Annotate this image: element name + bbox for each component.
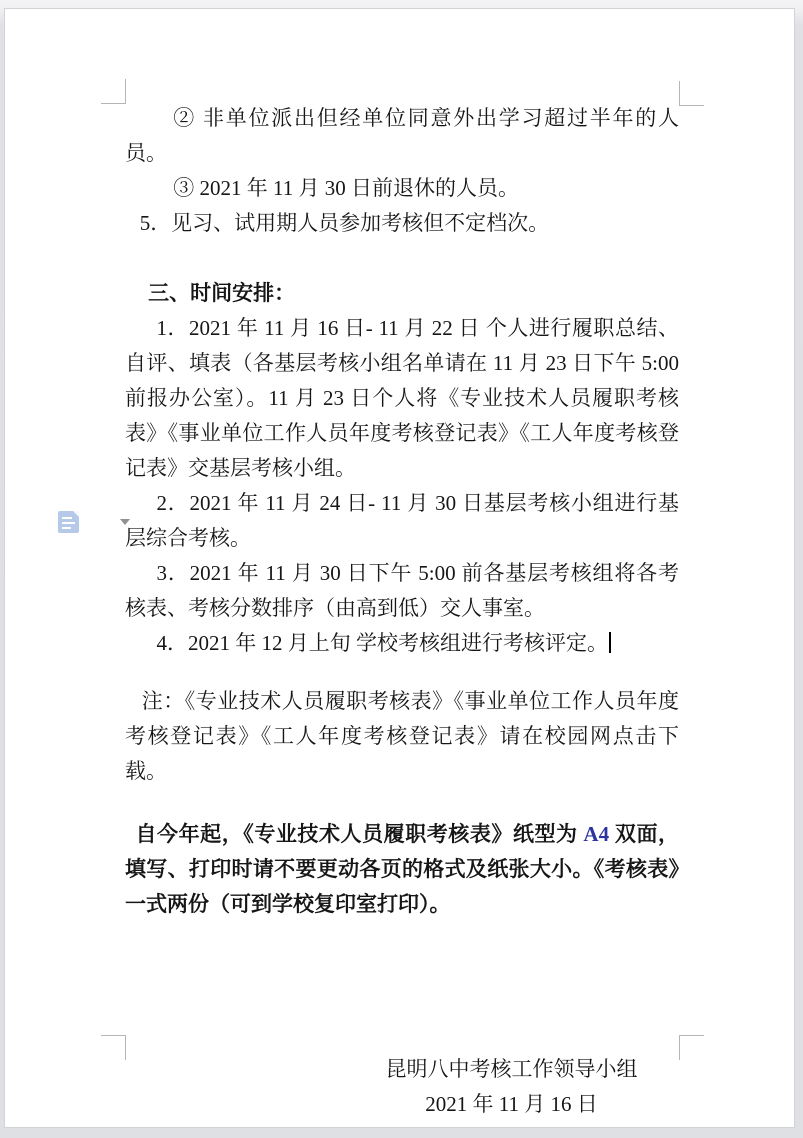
print-notice-before: 自今年起，《专业技术人员履职考核表》纸型为 [136, 822, 584, 846]
document-page[interactable]: ② 非单位派出但经单位同意外出学习超过半年的人员。 ③ 2021 年 11 月 … [4, 8, 795, 1128]
a4-paper-size-text: A4 [583, 822, 609, 846]
paragraph-note-download[interactable]: 注：《专业技术人员履职考核表》《事业单位工作人员年度考核登记表》《工人年度考核登… [125, 684, 679, 789]
paragraph-print-notice[interactable]: 自今年起，《专业技术人员履职考核表》纸型为 A4 双面，填写、打印时请不要更动各… [125, 817, 679, 922]
margin-crop-mark-bottom-left [101, 1035, 126, 1060]
margin-crop-mark-bottom-right [679, 1035, 704, 1060]
paragraph-exempt-circle3[interactable]: ③ 2021 年 11 月 30 日前退休的人员。 [125, 171, 679, 206]
paragraph-schedule-4-text: 4．2021 年 12 月上旬 学校考核组进行考核评定。 [157, 631, 609, 655]
margin-crop-mark-top-right [679, 81, 704, 106]
section-heading-schedule[interactable]: 三、时间安排： [125, 276, 679, 311]
signature-org[interactable]: 昆明八中考核工作领导小组 [354, 1052, 669, 1087]
margin-crop-mark-top-left [101, 79, 126, 104]
signature-block: 昆明八中考核工作领导小组 2021 年 11 月 16 日 [354, 1052, 669, 1122]
paragraph-schedule-4[interactable]: 4．2021 年 12 月上旬 学校考核组进行考核评定。 [125, 626, 679, 661]
signature-date[interactable]: 2021 年 11 月 16 日 [354, 1087, 669, 1122]
text-cursor [609, 632, 611, 653]
paragraph-schedule-3[interactable]: 3．2021 年 11 月 30 日下午 5:00 前各基层考核组将各考核表、考… [125, 556, 679, 626]
paragraph-rule-5[interactable]: 5．见习、试用期人员参加考核但不定档次。 [125, 206, 679, 241]
document-body: ② 非单位派出但经单位同意外出学习超过半年的人员。 ③ 2021 年 11 月 … [125, 101, 679, 1122]
document-page-icon[interactable] [58, 511, 79, 533]
paragraph-schedule-2[interactable]: 2．2021 年 11 月 24 日- 11 月 30 日基层考核小组进行基层综… [125, 486, 679, 556]
paragraph-exempt-circle2[interactable]: ② 非单位派出但经单位同意外出学习超过半年的人员。 [125, 101, 679, 171]
paragraph-schedule-1[interactable]: 1．2021 年 11 月 16 日- 11 月 22 日 个人进行履职总结、自… [125, 311, 679, 486]
